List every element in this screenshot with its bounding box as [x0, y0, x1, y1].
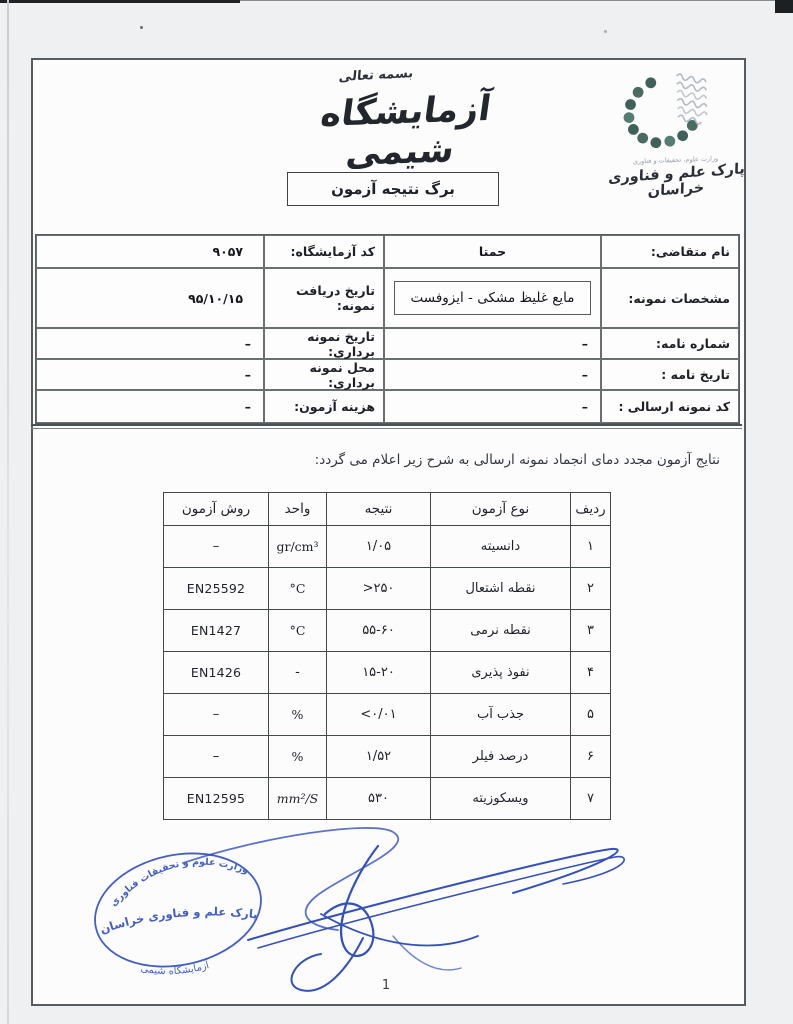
section-divider	[31, 424, 742, 429]
info-label: محل نمونه برداری:	[264, 359, 384, 390]
results-row: ۱ دانسیته ۱/۰۵ gr/cm³ –	[164, 526, 611, 568]
page-number: 1	[371, 978, 401, 993]
method-cell: –	[164, 526, 269, 568]
scan-speck	[140, 26, 143, 29]
col-header-test-type: نوع آزمون	[431, 493, 571, 526]
info-label: مشخصات نمونه:	[601, 268, 739, 328]
results-row: ۷ ویسکوزیته ۵۳۰ mm²/S EN12595	[164, 778, 611, 820]
svg-text:وزارت علوم و تحقیقات فناوری: وزارت علوم و تحقیقات فناوری	[108, 857, 250, 909]
info-value: –	[36, 359, 264, 390]
row-number-cell: ۶	[571, 736, 611, 778]
result-cell: ۱/۰۵	[327, 526, 431, 568]
info-label: کد آزمایشگاه:	[264, 235, 384, 268]
scan-speck	[604, 30, 607, 33]
method-cell: EN12595	[164, 778, 269, 820]
test-type-cell: درصد فیلر	[431, 736, 571, 778]
result-cell: ۵۵-۶۰	[327, 610, 431, 652]
results-row: ۳ نقطه نرمی ۵۵-۶۰ °C EN1427	[164, 610, 611, 652]
info-value: –	[36, 390, 264, 423]
info-label: نام متقاضی:	[601, 235, 739, 268]
col-header-method: روش آزمون	[164, 493, 269, 526]
test-type-cell: نقطه اشتعال	[431, 568, 571, 610]
test-type-cell: نقطه نرمی	[431, 610, 571, 652]
info-value: –	[384, 359, 601, 390]
result-cell: ۱/۵۲	[327, 736, 431, 778]
official-stamp: وزارت علوم و تحقیقات فناوری پارک علم و ف…	[63, 818, 663, 1018]
results-row: ۴ نفوذ پذیری ۱۵-۲۰ - EN1426	[164, 652, 611, 694]
scan-edge-dark	[0, 0, 240, 3]
col-header-row-no: ردیف	[571, 493, 611, 526]
stamp-arc-top-text: وزارت علوم و تحقیقات فناوری	[108, 857, 250, 909]
row-number-cell: ۵	[571, 694, 611, 736]
test-type-cell: ویسکوزیته	[431, 778, 571, 820]
info-value: –	[36, 328, 264, 359]
info-value: ۹۵/۱۰/۱۵	[36, 268, 264, 328]
info-value: –	[384, 390, 601, 423]
unit-cell: °C	[269, 568, 327, 610]
col-header-result: نتیجه	[327, 493, 431, 526]
row-number-cell: ۱	[571, 526, 611, 568]
unit-cell: gr/cm³	[269, 526, 327, 568]
svg-text:پارک علم و فناوری خراسان: پارک علم و فناوری خراسان	[98, 905, 258, 937]
intro-text: نتایج آزمون مجدد دمای انجماد نمونه ارسال…	[100, 452, 720, 468]
results-row: ۵ جذب آب <۰/۰۱ % –	[164, 694, 611, 736]
result-cell: ۱۵-۲۰	[327, 652, 431, 694]
method-cell: –	[164, 736, 269, 778]
info-table: نام متقاضی: حمتا کد آزمایشگاه: ۹۰۵۷ مشخص…	[35, 234, 740, 424]
logo-org-text: پارک علم و فناوری خراسان	[592, 160, 761, 204]
page-frame: بسمه تعالی آزمایشگاه شیمی برگ نتیجه آزمو…	[31, 58, 746, 1006]
results-header-row: ردیف نوع آزمون نتیجه واحد روش آزمون	[164, 493, 611, 526]
row-number-cell: ۳	[571, 610, 611, 652]
info-label: تاریخ دریافت نمونه:	[264, 268, 384, 328]
row-number-cell: ۲	[571, 568, 611, 610]
info-label: شماره نامه:	[601, 328, 739, 359]
logo-waves-icon	[668, 73, 715, 125]
stamp-middle-text: پارک علم و فناوری خراسان	[98, 905, 258, 937]
scan-corner-mark	[775, 0, 793, 13]
result-sheet-box: برگ نتیجه آزمون	[287, 172, 499, 206]
method-cell: –	[164, 694, 269, 736]
unit-cell: -	[269, 652, 327, 694]
results-table: ردیف نوع آزمون نتیجه واحد روش آزمون ۱ دا…	[163, 492, 611, 820]
logo-dots-icon	[588, 59, 759, 159]
bismillah-text: بسمه تعالی	[310, 65, 441, 87]
method-cell: EN1427	[164, 610, 269, 652]
info-label: هزینه آزمون:	[264, 390, 384, 423]
info-value: –	[384, 328, 601, 359]
info-value: مایع غلیظ مشکی - ایزوفست	[384, 268, 601, 328]
method-cell: EN25592	[164, 568, 269, 610]
unit-cell: %	[269, 694, 327, 736]
unit-cell: %	[269, 736, 327, 778]
test-type-cell: دانسیته	[431, 526, 571, 568]
lab-title: آزمایشگاه شیمی	[267, 87, 538, 177]
result-cell: <۰/۰۱	[327, 694, 431, 736]
org-logo: وزارت علوم، تحقیقات و فناوری پارک علم و …	[588, 59, 762, 233]
stamp-icon: وزارت علوم و تحقیقات فناوری پارک علم و ف…	[63, 818, 663, 1018]
method-cell: EN1426	[164, 652, 269, 694]
info-label: تاریخ نمونه برداری:	[264, 328, 384, 359]
unit-cell: °C	[269, 610, 327, 652]
results-row: ۲ نقطه اشتعال >۲۵۰ °C EN25592	[164, 568, 611, 610]
info-label: کد نمونه ارسالی :	[601, 390, 739, 423]
info-label: تاریخ نامه :	[601, 359, 739, 390]
col-header-unit: واحد	[269, 493, 327, 526]
results-row: ۶ درصد فیلر ۱/۵۲ % –	[164, 736, 611, 778]
info-value: ۹۰۵۷	[36, 235, 264, 268]
sample-desc-box: مایع غلیظ مشکی - ایزوفست	[394, 281, 592, 315]
test-type-cell: جذب آب	[431, 694, 571, 736]
result-cell: >۲۵۰	[327, 568, 431, 610]
info-value: حمتا	[384, 235, 601, 268]
scan-left-line	[7, 0, 9, 1024]
result-cell: ۵۳۰	[327, 778, 431, 820]
unit-cell: mm²/S	[269, 778, 327, 820]
row-number-cell: ۷	[571, 778, 611, 820]
sheet-title: برگ نتیجه آزمون	[331, 180, 455, 198]
row-number-cell: ۴	[571, 652, 611, 694]
test-type-cell: نفوذ پذیری	[431, 652, 571, 694]
